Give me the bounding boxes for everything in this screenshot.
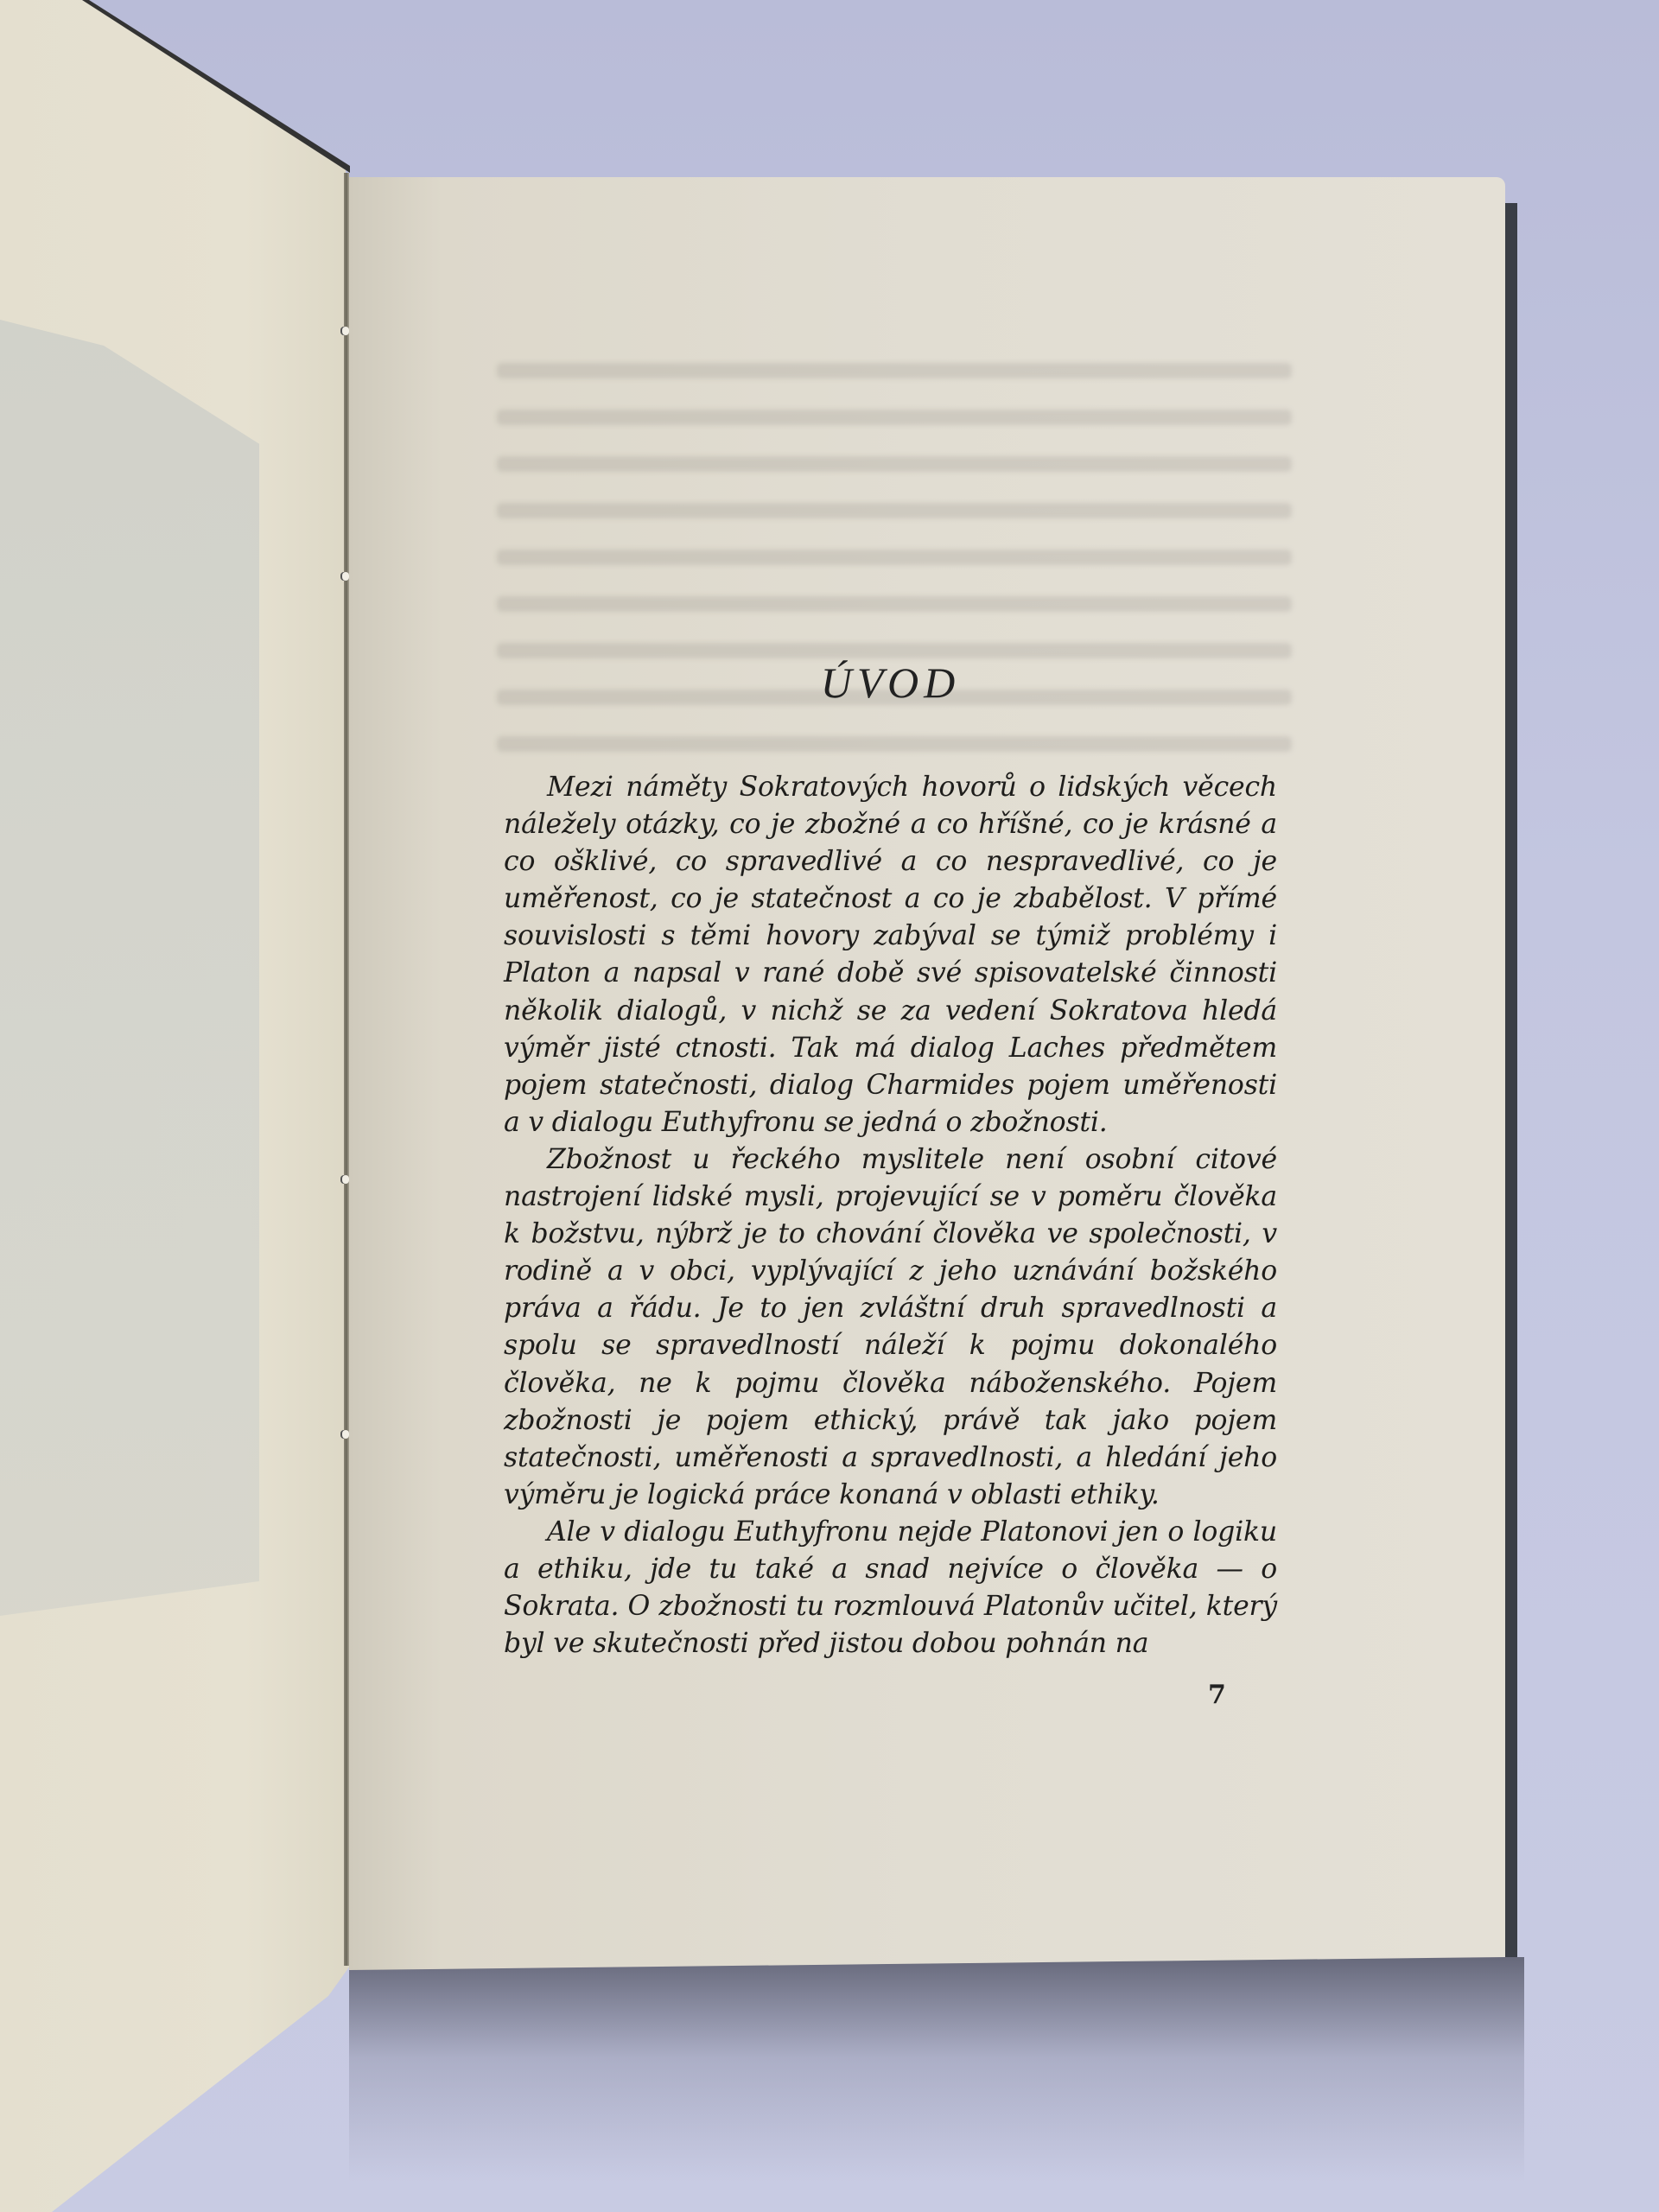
binding-stitch [342, 1175, 349, 1184]
page-shadow [349, 1957, 1524, 2182]
paragraph: Ale v dialogu Euthyfronu nejde Platonovi… [504, 1514, 1277, 1662]
left-page [0, 0, 350, 2212]
paragraph: Mezi náměty Sokratových hovorů o lidskýc… [504, 769, 1277, 1141]
binding-stitch [342, 327, 349, 335]
left-page-illustration-plate [0, 320, 259, 1616]
page-text-block: ÚVOD Mezi náměty Sokratových hovorů o li… [504, 655, 1277, 1662]
book-cover-edge [1505, 203, 1517, 1957]
binding-stitch [342, 1430, 349, 1439]
binding-stitch [342, 572, 349, 581]
page-number: 7 [1208, 1680, 1226, 1710]
chapter-title: ÚVOD [504, 655, 1277, 710]
paragraph: Zbožnost u řeckého myslitele není osobní… [504, 1141, 1277, 1514]
book-gutter [344, 173, 349, 1966]
